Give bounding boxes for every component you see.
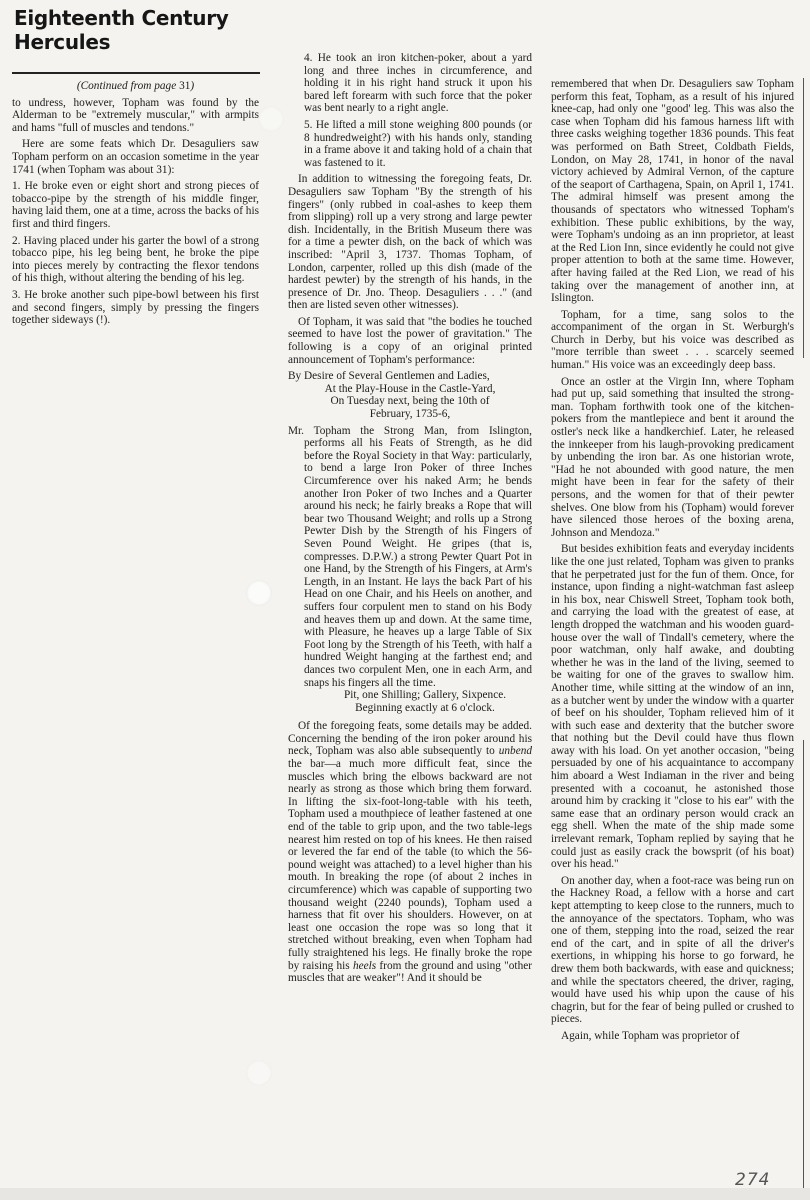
announcement-body: Mr. Topham the Strong Man, from Islingto… bbox=[288, 425, 532, 689]
paragraph: remembered that when Dr. Desaguliers saw… bbox=[551, 78, 794, 305]
document-page: Eighteenth Century Hercules (Continued f… bbox=[0, 0, 810, 1200]
binder-hole bbox=[246, 580, 272, 606]
feat-item-2: 2. Having placed under his garter the bo… bbox=[12, 235, 259, 285]
announcement-line: By Desire of Several Gentlemen and Ladie… bbox=[288, 370, 532, 383]
title-divider bbox=[12, 72, 260, 74]
feat-item-1: 1. He broke even or eight short and stro… bbox=[12, 180, 259, 230]
text-column-2: 4. He took an iron kitchen-poker, about … bbox=[288, 52, 532, 989]
text-column-1: (Continued from page 31) to undress, how… bbox=[12, 80, 259, 331]
paragraph: Of Topham, it was said that "the bodies … bbox=[288, 316, 532, 366]
title-line-1: Eighteenth Century bbox=[14, 6, 264, 30]
announcement-line: At the Play-House in the Castle-Yard, bbox=[288, 383, 532, 396]
feat-item-3: 3. He broke another such pipe-bowl betwe… bbox=[12, 289, 259, 327]
right-edge-line bbox=[803, 740, 804, 1200]
text-column-3: remembered that when Dr. Desaguliers saw… bbox=[551, 78, 794, 1047]
feat-item-4: 4. He took an iron kitchen-poker, about … bbox=[304, 52, 532, 115]
handwritten-page-number: 274 bbox=[735, 1170, 770, 1190]
paragraph: Of the foregoing feats, some details may… bbox=[288, 720, 532, 984]
right-edge-line bbox=[803, 78, 804, 358]
paragraph: Once an ostler at the Virgin Inn, where … bbox=[551, 376, 794, 540]
paragraph: Topham, for a time, sang solos to the ac… bbox=[551, 309, 794, 372]
paragraph: In addition to witnessing the foregoing … bbox=[288, 173, 532, 312]
paragraph: But besides exhibition feats and everyda… bbox=[551, 543, 794, 870]
article-title: Eighteenth Century Hercules bbox=[14, 6, 264, 54]
announcement-line: On Tuesday next, being the 10th of bbox=[288, 395, 532, 408]
announcement-prices: Pit, one Shilling; Gallery, Sixpence. bbox=[288, 689, 532, 702]
page-bottom-edge bbox=[0, 1188, 810, 1200]
binder-hole bbox=[246, 1060, 272, 1086]
feat-item-5: 5. He lifted a mill stone weighing 800 p… bbox=[304, 119, 532, 169]
paragraph: to undress, however, Topham was found by… bbox=[12, 97, 259, 135]
paragraph: On another day, when a foot-race was bei… bbox=[551, 875, 794, 1026]
announcement-line: February, 1735-6, bbox=[288, 408, 532, 421]
binder-hole bbox=[258, 106, 284, 132]
paragraph: Here are some feats which Dr. Desagulier… bbox=[12, 138, 259, 176]
continued-page-number: 31 bbox=[179, 80, 190, 92]
announcement-time: Beginning exactly at 6 o'clock. bbox=[288, 702, 532, 715]
paragraph: Again, while Topham was proprietor of bbox=[551, 1030, 794, 1043]
title-line-2: Hercules bbox=[14, 30, 264, 54]
continued-from-note: (Continued from page 31) bbox=[12, 80, 259, 93]
